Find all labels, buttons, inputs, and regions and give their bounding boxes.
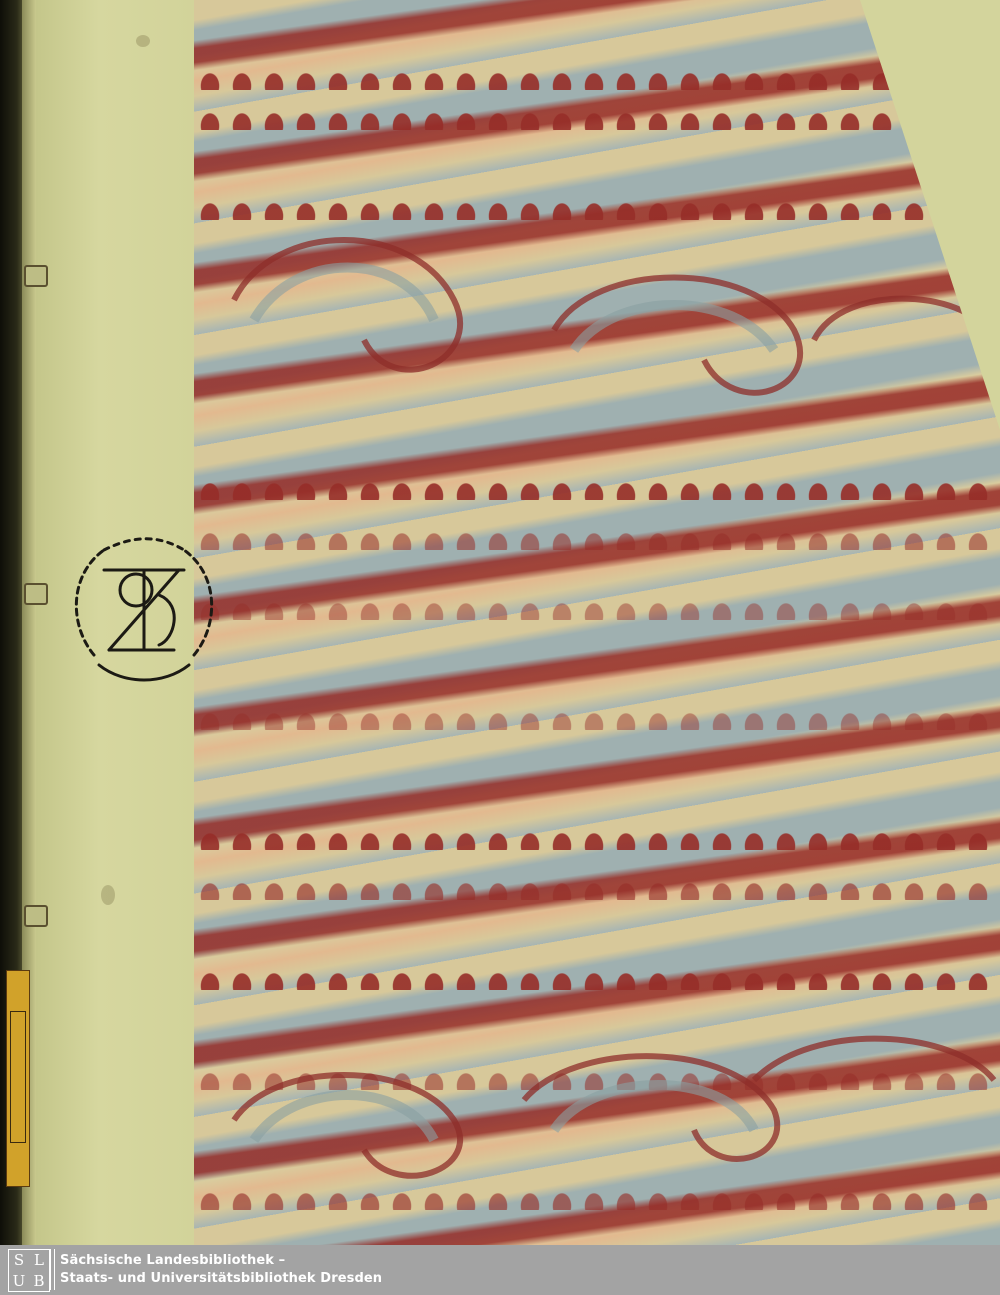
monogram-wreath-stamp-icon <box>64 525 224 695</box>
logo-letter: B <box>29 1271 49 1292</box>
library-name-line1: Sächsische Landesbibliothek – <box>60 1252 382 1270</box>
book-cover-scan <box>0 0 1000 1245</box>
spine-band <box>24 265 48 287</box>
logo-letter: U <box>9 1271 29 1292</box>
logo-divider <box>50 1249 55 1290</box>
library-name: Sächsische Landesbibliothek – Staats- un… <box>60 1252 382 1288</box>
marbled-paper <box>194 0 1000 1245</box>
library-footer: S L U B Sächsische Landesbibliothek – St… <box>0 1245 1000 1295</box>
spine-handwriting <box>2 30 24 250</box>
spine-band <box>24 583 48 605</box>
library-name-line2: Staats- und Universitätsbibliothek Dresd… <box>60 1270 382 1288</box>
vellum-corner <box>860 0 1000 430</box>
spine-band <box>24 905 48 927</box>
logo-letter: L <box>29 1250 49 1271</box>
slub-logo-icon: S L U B <box>8 1249 50 1292</box>
spine-label <box>6 970 30 1187</box>
logo-letter: S <box>9 1250 29 1271</box>
